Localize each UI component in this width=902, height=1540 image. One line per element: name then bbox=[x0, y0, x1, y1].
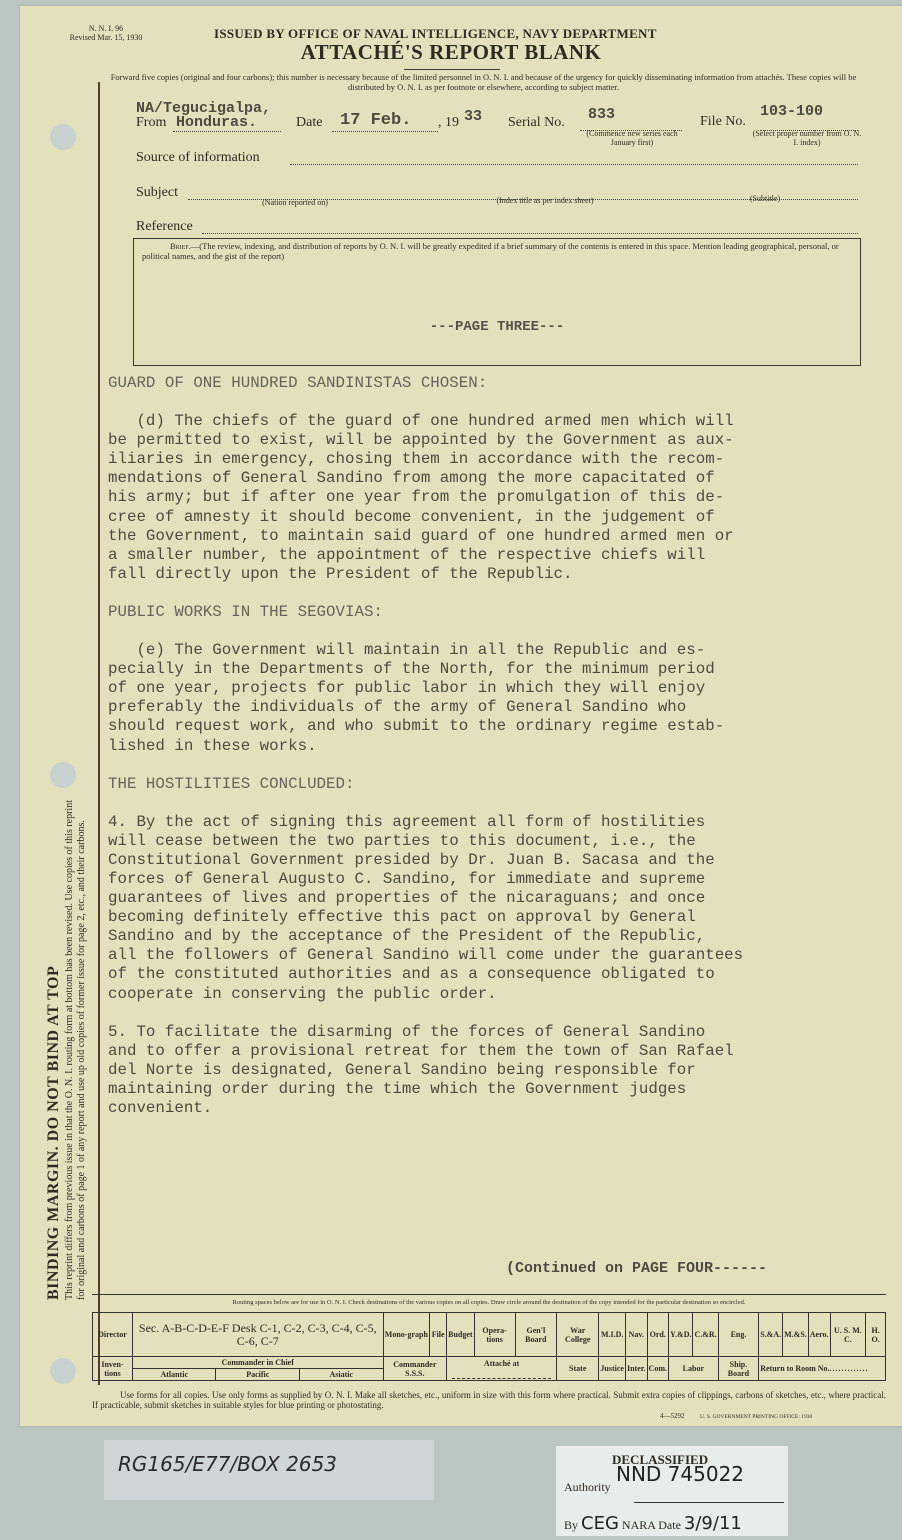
routing-row-other: Inven-tions Commander in Chief AtlanticP… bbox=[93, 1357, 886, 1381]
page-three-marker: ---PAGE THREE--- bbox=[134, 319, 860, 335]
subject-hint-subtitle: (Subtitle) bbox=[730, 194, 800, 203]
punch-hole bbox=[50, 1358, 76, 1384]
routing-cell[interactable]: Director bbox=[93, 1313, 133, 1357]
stamp-authority-value: NND 745022 bbox=[616, 1462, 744, 1486]
source-label: Source of information bbox=[136, 150, 260, 166]
archive-label-text: RG165/E77/BOX 2653 bbox=[118, 1452, 337, 1476]
brief-box[interactable]: Brief.—(The review, indexing, and distri… bbox=[133, 238, 861, 366]
cinc-sub-pacific[interactable]: Pacific bbox=[215, 1369, 299, 1380]
section-heading: GUARD OF ONE HUNDRED SANDINISTAS CHOSEN: bbox=[108, 374, 868, 393]
binding-margin-label: BINDING MARGIN. DO NOT BIND AT TOP bbox=[44, 800, 64, 1300]
routing-cell[interactable]: C.&R. bbox=[693, 1313, 718, 1357]
routing-cell-ship-board[interactable]: Ship. Board bbox=[718, 1357, 759, 1381]
routing-cell-inter[interactable]: Inter. bbox=[625, 1357, 647, 1381]
cinc-sub-asiatic[interactable]: Asiatic bbox=[299, 1369, 383, 1380]
subject-label: Subject bbox=[136, 185, 178, 201]
report-body: GUARD OF ONE HUNDRED SANDINISTAS CHOSEN:… bbox=[108, 374, 868, 1137]
date-value[interactable]: 17 Feb. bbox=[340, 111, 411, 130]
from-dotline bbox=[173, 131, 281, 132]
forward-note: Forward five copies (original and four c… bbox=[106, 72, 861, 92]
reference-field[interactable] bbox=[202, 233, 858, 234]
routing-cell[interactable]: U. S. M. C. bbox=[830, 1313, 866, 1357]
file-value[interactable]: 103-100 bbox=[760, 103, 823, 120]
routing-cell-attache-at[interactable]: Attaché at bbox=[447, 1357, 557, 1381]
cinc-subs: AtlanticPacificAsiatic bbox=[133, 1369, 383, 1380]
binding-margin-line bbox=[98, 82, 100, 1385]
routing-row-destinations: DirectorSec. A-B-C-D-E-F Desk C-1, C-2, … bbox=[93, 1313, 886, 1357]
stamp-by-label: By bbox=[564, 1518, 578, 1532]
year-value[interactable]: 33 bbox=[464, 108, 482, 125]
brief-text: —(The review, indexing, and distribution… bbox=[142, 241, 839, 261]
routing-cell[interactable]: Mono-graph bbox=[383, 1313, 430, 1357]
routing-cell[interactable]: Nav. bbox=[625, 1313, 647, 1357]
routing-cell[interactable]: Gen'l Board bbox=[515, 1313, 556, 1357]
stamp-authority-label: Authority bbox=[564, 1480, 611, 1495]
from-label: From bbox=[136, 115, 166, 131]
routing-cell-justice[interactable]: Justice bbox=[599, 1357, 626, 1381]
routing-cell-inventions[interactable]: Inven-tions bbox=[93, 1357, 133, 1381]
routing-cell-commander-sss[interactable]: Commander S.S.S. bbox=[383, 1357, 447, 1381]
routing-cell-labor[interactable]: Labor bbox=[669, 1357, 719, 1381]
routing-note: Routing spaces below are for use in O. N… bbox=[92, 1299, 886, 1306]
return-to-label: Return to Room No. bbox=[760, 1364, 829, 1373]
file-label: File No. bbox=[700, 114, 746, 130]
routing-cell-commander-in-chief: Commander in Chief AtlanticPacificAsiati… bbox=[132, 1357, 383, 1381]
section-heading: PUBLIC WORKS IN THE SEGOVIAS: bbox=[108, 603, 868, 622]
attache-at-label: Attaché at bbox=[484, 1359, 519, 1368]
paragraph: 5. To facilitate the disarming of the fo… bbox=[108, 1023, 868, 1118]
archive-label: RG165/E77/BOX 2653 bbox=[104, 1440, 434, 1500]
footer-note: Use forms for all copies. Use only forms… bbox=[92, 1390, 886, 1410]
serial-label: Serial No. bbox=[508, 115, 565, 131]
routing-cell[interactable]: Y.&D. bbox=[669, 1313, 693, 1357]
routing-cell[interactable]: S.&A. bbox=[759, 1313, 783, 1357]
cinc-sub-atlantic[interactable]: Atlantic bbox=[133, 1369, 216, 1380]
print-code: 4—5292 bbox=[660, 1412, 685, 1420]
routing-cell-state[interactable]: State bbox=[557, 1357, 599, 1381]
reprint-note-line2: for original and carbons of page 1 of an… bbox=[76, 800, 88, 1300]
gpo-imprint: U. S. GOVERNMENT PRINTING OFFICE: 1930 bbox=[700, 1414, 812, 1420]
routing-cell-com[interactable]: Com. bbox=[647, 1357, 668, 1381]
date-dotline bbox=[332, 131, 438, 132]
routing-cell[interactable]: War College bbox=[557, 1313, 599, 1357]
cinc-label: Commander in Chief bbox=[133, 1357, 383, 1369]
routing-cell[interactable]: Sec. A-B-C-D-E-F Desk C-1, C-2, C-3, C-4… bbox=[132, 1313, 383, 1357]
continued-note: (Continued on PAGE FOUR------ bbox=[506, 1260, 767, 1277]
reference-label: Reference bbox=[136, 219, 193, 235]
punch-hole bbox=[50, 124, 76, 150]
routing-rule bbox=[92, 1294, 886, 1295]
from-value[interactable]: Honduras. bbox=[176, 114, 257, 131]
stamp-by: By CEG NARA Date 3/9/11 bbox=[564, 1513, 742, 1534]
paragraph: 4. By the act of signing this agreement … bbox=[108, 813, 868, 1004]
routing-cell[interactable]: Aero. bbox=[808, 1313, 830, 1357]
source-field[interactable] bbox=[290, 164, 858, 165]
stamp-by-value: CEG bbox=[581, 1513, 619, 1534]
date-label: Date bbox=[296, 115, 322, 131]
routing-cell[interactable]: H. O. bbox=[866, 1313, 886, 1357]
routing-cell[interactable]: M.&S. bbox=[783, 1313, 809, 1357]
brief-instructions: Brief.—(The review, indexing, and distri… bbox=[142, 241, 852, 261]
declassified-stamp: DECLASSIFIED Authority NND 745022 By CEG… bbox=[556, 1446, 788, 1536]
routing-cell[interactable]: Opera-tions bbox=[474, 1313, 515, 1357]
subject-hint-nation: (Nation reported on) bbox=[240, 198, 350, 207]
routing-cell[interactable]: M.I.D. bbox=[599, 1313, 626, 1357]
section-heading: THE HOSTILITIES CONCLUDED: bbox=[108, 775, 868, 794]
routing-table: DirectorSec. A-B-C-D-E-F Desk C-1, C-2, … bbox=[92, 1312, 886, 1381]
routing-cell[interactable]: Ord. bbox=[647, 1313, 668, 1357]
paragraph: (e) The Government will maintain in all … bbox=[108, 641, 868, 756]
paragraph: (d) The chiefs of the guard of one hundr… bbox=[108, 412, 868, 584]
title-rule bbox=[404, 69, 500, 70]
form-id: N. N. I. 96 bbox=[56, 24, 156, 33]
binding-margin-note: BINDING MARGIN. DO NOT BIND AT TOP This … bbox=[44, 800, 88, 1300]
stamp-nara-label: NARA Date bbox=[622, 1518, 681, 1532]
serial-value[interactable]: 833 bbox=[588, 106, 615, 123]
routing-cell[interactable]: File bbox=[430, 1313, 447, 1357]
serial-hint: (Commence new series each January first) bbox=[580, 129, 684, 147]
brief-label: Brief. bbox=[142, 241, 191, 251]
subject-hint-index: (Index title as per index sheet) bbox=[470, 196, 620, 205]
routing-cell[interactable]: Eng. bbox=[718, 1313, 759, 1357]
routing-cell-return-to[interactable]: Return to Room No.............. bbox=[759, 1357, 886, 1381]
stamp-date-value: 3/9/11 bbox=[684, 1513, 742, 1534]
punch-hole bbox=[50, 762, 76, 788]
file-hint: (Select proper number from O. N. I. inde… bbox=[752, 129, 862, 147]
year-prefix: , 19 bbox=[438, 115, 459, 131]
reprint-note-line1: This reprint differs from previous issue… bbox=[64, 800, 76, 1300]
form-title: ATTACHÉ'S REPORT BLANK bbox=[0, 40, 902, 65]
routing-cell[interactable]: Budget bbox=[447, 1313, 474, 1357]
